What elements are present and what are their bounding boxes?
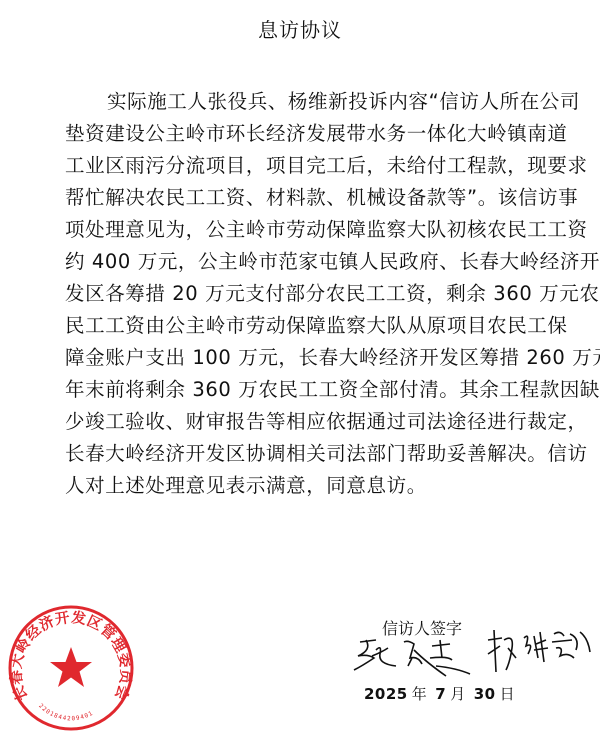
signing-date: 2025年7月30日 bbox=[364, 683, 523, 704]
paragraph-line: 发区各筹措 20 万元支付部分农民工工资，剩余 360 万元农 bbox=[65, 278, 507, 310]
paragraph-line: 实际施工人张役兵、杨维新投诉内容“信访人所在公司 bbox=[65, 86, 507, 118]
svg-text:2201844209401: 2201844209401 bbox=[37, 702, 95, 722]
date-day: 30 bbox=[474, 685, 496, 703]
paragraph-line: 长春大岭经济开发区协调相关司法部门帮助妥善解决。信访 bbox=[65, 438, 507, 470]
seal-serial: 2201844209401 bbox=[37, 702, 95, 722]
paragraph-line: 年末前将剩余 360 万农民工工资全部付清。其余工程款因缺 bbox=[65, 374, 507, 406]
paragraph-line: 障金账户支出 100 万元，长春大岭经济开发区筹措 260 万元， bbox=[65, 342, 507, 374]
paragraph-line: 帮忙解决农民工工资、材料款、机械设备款等”。该信访事 bbox=[65, 182, 507, 214]
paragraph-line: 工业区雨污分流项目，项目完工后，未给付工程款，现要求 bbox=[65, 150, 507, 182]
paragraph-line: 垫资建设公主岭市环长经济发展带水务一体化大岭镇南道 bbox=[65, 118, 507, 150]
paragraph-line: 人对上述处理意见表示满意，同意息访。 bbox=[65, 470, 507, 502]
star-icon bbox=[50, 647, 92, 687]
agreement-body: 实际施工人张役兵、杨维新投诉内容“信访人所在公司 垫资建设公主岭市环长经济发展带… bbox=[65, 86, 507, 502]
date-month: 7 bbox=[435, 685, 446, 703]
signature-yang bbox=[484, 628, 594, 676]
date-month-unit: 月 bbox=[450, 685, 466, 703]
date-day-unit: 日 bbox=[500, 685, 516, 703]
paragraph-line: 少竣工验收、财审报告等相应依据通过司法途径进行裁定， bbox=[65, 406, 507, 438]
paragraph-line: 约 400 万元，公主岭市范家屯镇人民政府、长春大岭经济开 bbox=[65, 246, 507, 278]
document-title: 息访协议 bbox=[0, 14, 600, 43]
paragraph-line: 民工工资由公主岭市劳动保障监察大队从原项目农民工保 bbox=[65, 310, 507, 342]
date-year: 2025 bbox=[364, 685, 408, 703]
signature-zhang bbox=[352, 636, 474, 678]
paragraph-line: 项处理意见为，公主岭市劳动保障监察大队初核农民工工资 bbox=[65, 214, 507, 246]
official-seal: 长春大岭经济开发区管理委员会 2201844209401 bbox=[6, 603, 136, 733]
date-year-unit: 年 bbox=[412, 685, 428, 703]
